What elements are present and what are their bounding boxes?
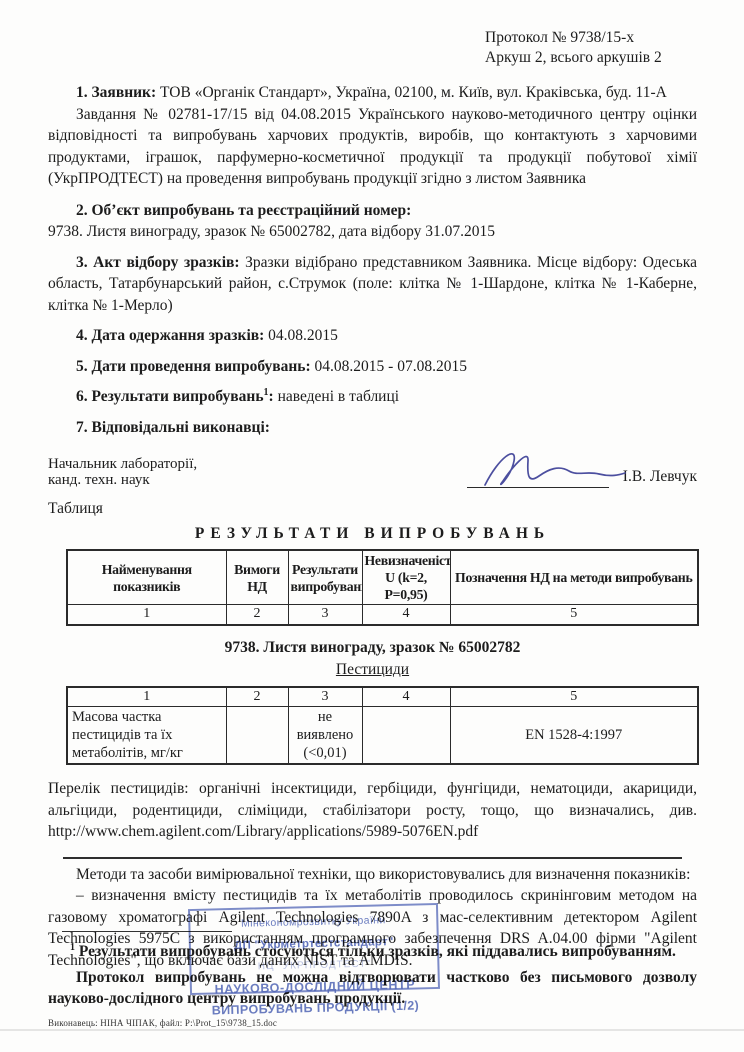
footnote-separator [62,931,232,932]
results-header-table: Найменування показників Вимоги НД Резуль… [66,549,699,626]
sample-title: 9738. Листя винограду, зразок № 65002782 [48,637,697,659]
section-3-label: 3. Акт відбору зразків: [76,254,240,271]
table1-header-results: Результати випробувань [288,550,362,605]
table2-col-number: 3 [288,687,362,707]
section-2-value: 9738. Листя винограду, зразок № 65002782… [48,221,697,243]
table2-col-number: 4 [362,687,450,707]
table2-data-row: Масова частка пестицидів та їх метаболіт… [67,707,698,765]
results-title: РЕЗУЛЬТАТИ ВИПРОБУВАНЬ [48,523,697,545]
pesticide-list-note: Перелік пестицидів: органічні інсектицид… [48,778,697,843]
table2-col-number: 1 [67,687,226,707]
section-5-test-dates: 5. Дати проведення випробувань: 04.08.20… [48,356,697,378]
table-label: Таблиця [48,498,697,520]
section-6-label: 6. Результати випробувань [76,388,264,405]
signature-line [467,446,609,488]
section-5-value: 04.08.2015 - 07.08.2015 [311,358,467,375]
footer-notes: 1 Результати випробувань стосуються тіль… [48,931,697,1034]
signer-role-line2: канд. техн. наук [48,472,197,488]
sample-subtitle: Пестициди [48,659,697,681]
signer-name: І.В. Левчук [623,466,697,489]
cell-indicator-name: Масова частка пестицидів та їх метаболіт… [67,707,226,765]
signer-role: Начальник лабораторії, канд. техн. наук [48,456,197,488]
sheet-number: Аркуш 2, всього аркушів 2 [485,48,697,68]
section-2-heading: 2. Об’єкт випробувань та реєстраційний н… [48,200,697,222]
cell-nd-requirements [226,707,288,765]
table2-number-row: 1 2 3 4 5 [67,687,698,707]
reproduction-notice: Протокол випробувань не можна відтворюва… [48,967,697,1010]
cell-test-result: не виявлено (<0,01) [288,707,362,765]
table1-col-number: 4 [362,605,450,625]
cell-method-standard: EN 1528-4:1997 [450,707,698,765]
scan-artifact-line [0,1029,744,1031]
table2-col-number: 2 [226,687,288,707]
table1-header-indicator: Найменування показників [67,550,226,605]
cell-uncertainty [362,707,450,765]
handwritten-signature [479,445,629,491]
document-header: Протокол № 9738/15-х Аркуш 2, всього арк… [485,28,697,68]
section-7-heading: 7. Відповідальні виконавці: [48,417,697,439]
section-4-receipt-date: 4. Дата одержання зразків: 04.08.2015 [48,325,697,347]
section-1-task-paragraph: Завдання № 02781-17/15 від 04.08.2015 Ук… [48,104,697,190]
table1-col-number: 1 [67,605,226,625]
table1-col-number: 3 [288,605,362,625]
section-3-sampling-act: 3. Акт відбору зразків: Зразки відібрано… [48,252,697,317]
pesticide-results-table: 1 2 3 4 5 Масова частка пестицидів та їх… [66,686,699,766]
protocol-document-page: Протокол № 9738/15-х Аркуш 2, всього арк… [0,0,744,1052]
signature-block: Начальник лабораторії, канд. техн. наук … [48,446,697,488]
table1-number-row: 1 2 3 4 5 [67,605,698,625]
section-5-label: 5. Дати проведення випробувань: [76,358,311,375]
protocol-number: Протокол № 9738/15-х [485,28,697,48]
table1-col-number: 5 [450,605,698,625]
footnote-1-text: Результати випробувань стосуються тільки… [75,943,676,960]
methods-intro: Методи та засоби вимірювальної техніки, … [48,864,697,886]
section-4-label: 4. Дата одержання зразків: [76,327,264,344]
table1-header-requirements: Вимоги НД [226,550,288,605]
table1-col-number: 2 [226,605,288,625]
section-1-value: ТОВ «Органік Стандарт», Україна, 02100, … [156,84,667,101]
table1-header-row: Найменування показників Вимоги НД Резуль… [67,550,698,605]
section-1-applicant: 1. Заявник: ТОВ «Органік Стандарт», Укра… [48,82,697,104]
section-4-value: 04.08.2015 [264,327,338,344]
table1-header-method: Позначення НД на методи випробувань [450,550,698,605]
section-6-results: 6. Результати випробувань1: наведені в т… [48,386,697,408]
table1-header-uncertainty: Невизначеність, U (k=2, Р=0,95) [362,550,450,605]
table2-col-number: 5 [450,687,698,707]
footnote-1: 1 Результати випробувань стосуються тіль… [48,941,697,963]
section-1-label: 1. Заявник: [76,84,156,101]
section-6-value: наведені в таблиці [274,388,399,405]
section-divider [63,857,682,859]
signer-role-line1: Начальник лабораторії, [48,456,197,472]
